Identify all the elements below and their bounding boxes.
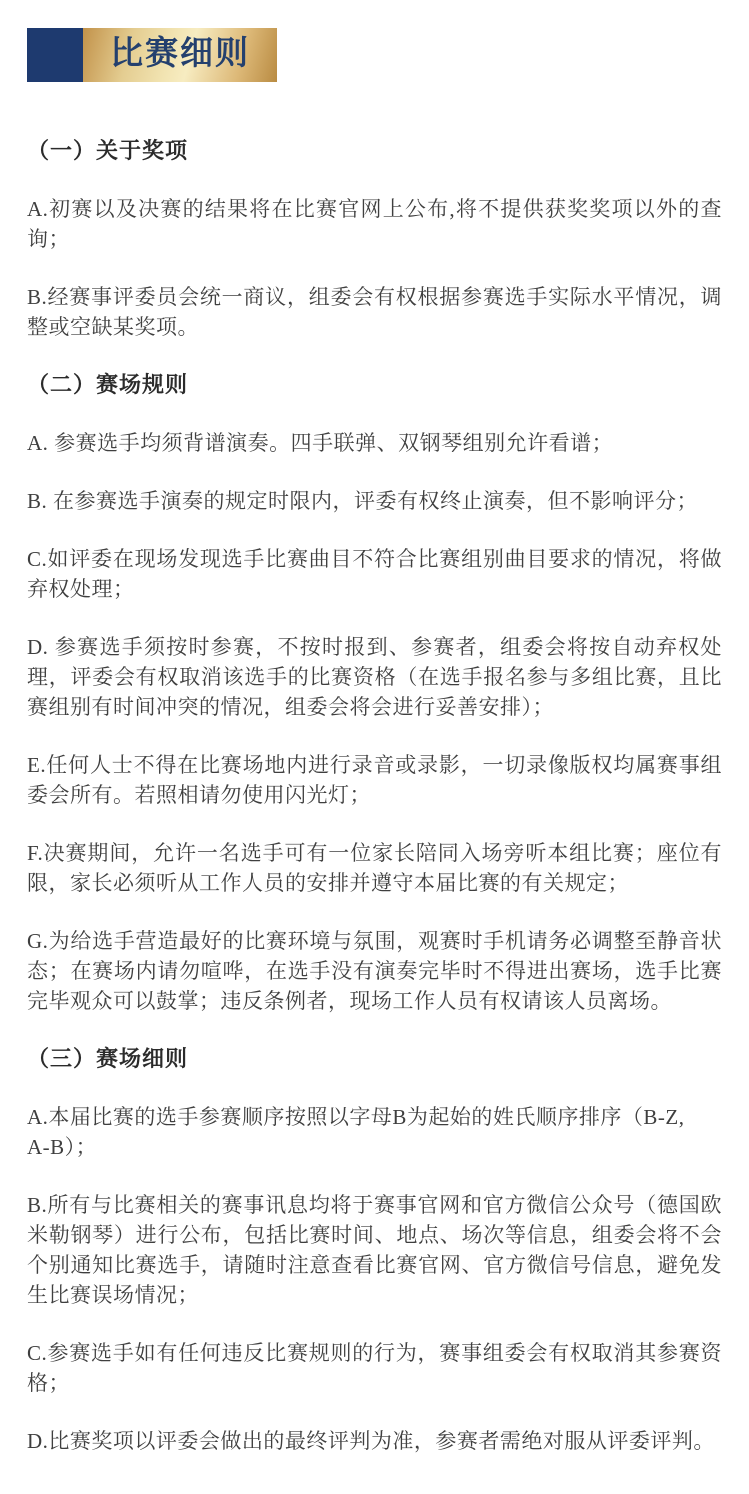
banner-gold-plate: 比赛细则	[83, 28, 277, 82]
page-title: 比赛细则	[110, 38, 250, 71]
rule-item: A. 参赛选手均须背谱演奏。四手联弹、双钢琴组别允许看谱；	[27, 428, 722, 458]
section-venue-rules: （二）赛场规则 A. 参赛选手均须背谱演奏。四手联弹、双钢琴组别允许看谱； B.…	[27, 370, 722, 1016]
section-awards: （一）关于奖项 A.初赛以及决赛的结果将在比赛官网上公布,将不提供获奖奖项以外的…	[27, 136, 722, 342]
section-awards-heading: （一）关于奖项	[27, 136, 722, 166]
section-venue-details: （三）赛场细则 A.本届比赛的选手参赛顺序按照以字母B为起始的姓氏顺序排序（B-…	[27, 1044, 722, 1456]
rule-item: C.参赛选手如有任何违反比赛规则的行为，赛事组委会有权取消其参赛资格；	[27, 1338, 722, 1398]
rule-item: B. 在参赛选手演奏的规定时限内，评委有权终止演奏，但不影响评分；	[27, 486, 722, 516]
section-venue-details-heading: （三）赛场细则	[27, 1044, 722, 1074]
rule-item: A.初赛以及决赛的结果将在比赛官网上公布,将不提供获奖奖项以外的查询；	[27, 194, 722, 254]
rule-item: F.决赛期间，允许一名选手可有一位家长陪同入场旁听本组比赛；座位有限，家长必须听…	[27, 838, 722, 898]
section-venue-rules-heading: （二）赛场规则	[27, 370, 722, 400]
rules-page: 比赛细则 （一）关于奖项 A.初赛以及决赛的结果将在比赛官网上公布,将不提供获奖…	[0, 0, 749, 1494]
rule-item: B.所有与比赛相关的赛事讯息均将于赛事官网和官方微信公众号（德国欧米勒钢琴）进行…	[27, 1190, 722, 1310]
banner-blue-square	[27, 28, 83, 82]
rule-item: B.经赛事评委员会统一商议，组委会有权根据参赛选手实际水平情况，调整或空缺某奖项…	[27, 282, 722, 342]
rule-item: A.本届比赛的选手参赛顺序按照以字母B为起始的姓氏顺序排序（B-Z, A-B）；	[27, 1102, 722, 1162]
rule-item: C.如评委在现场发现选手比赛曲目不符合比赛组别曲目要求的情况，将做弃权处理；	[27, 544, 722, 604]
rule-item: G.为给选手营造最好的比赛环境与氛围，观赛时手机请务必调整至静音状态；在赛场内请…	[27, 926, 722, 1016]
rule-item: E.任何人士不得在比赛场地内进行录音或录影，一切录像版权均属赛事组委会所有。若照…	[27, 750, 722, 810]
rule-item: D.比赛奖项以评委会做出的最终评判为准，参赛者需绝对服从评委评判。	[27, 1426, 722, 1456]
section-banner: 比赛细则	[27, 28, 277, 82]
rule-item: D. 参赛选手须按时参赛，不按时报到、参赛者，组委会将按自动弃权处理，评委会有权…	[27, 632, 722, 722]
rules-content: （一）关于奖项 A.初赛以及决赛的结果将在比赛官网上公布,将不提供获奖奖项以外的…	[27, 95, 722, 1456]
